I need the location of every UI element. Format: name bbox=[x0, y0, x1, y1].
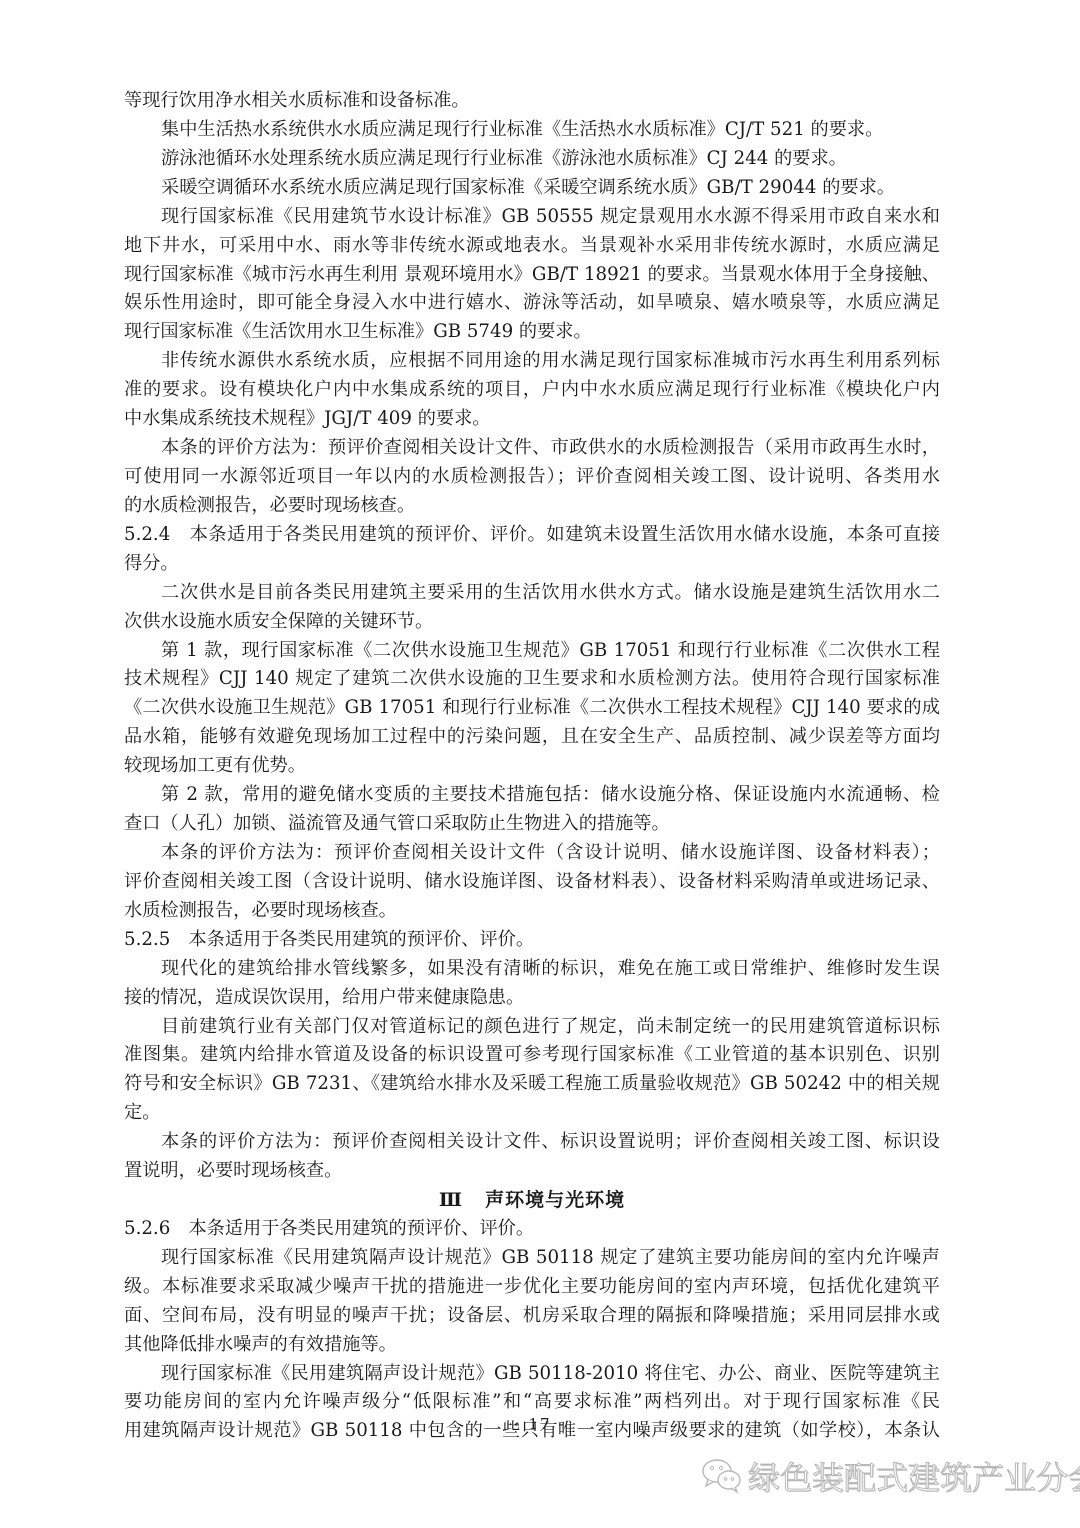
text-line: 级。本标准要求采取减少噪声干扰的措施进一步优化主要功能房间的室内声环境，包括优化… bbox=[124, 1273, 940, 1302]
text-line: 中水集成系统技术规程》JGJ/T 409 的要求。 bbox=[124, 405, 940, 434]
text-line: 第 1 款，现行国家标准《二次供水设施卫生规范》GB 17051 和现行行业标准… bbox=[124, 637, 940, 666]
section-title: 声环境与光环境 bbox=[485, 1189, 625, 1211]
text-line: 现行国家标准《民用建筑节水设计标准》GB 50555 规定景观用水水源不得采用市… bbox=[124, 203, 940, 232]
text-line: 符号和安全标识》GB 7231、《建筑给水排水及采暖工程施工质量验收规范》GB … bbox=[124, 1070, 940, 1099]
clause-line: 5.2.4 本条适用于各类民用建筑的预评价、评价。如建筑未设置生活饮用水储水设施… bbox=[124, 521, 940, 550]
wechat-icon bbox=[700, 1456, 744, 1496]
text-line: 得分。 bbox=[124, 550, 940, 579]
text-line: 准图集。建筑内给排水管道及设备的标识设置可参考现行国家标准《工业管道的基本识别色… bbox=[124, 1041, 940, 1070]
text-line: 地下井水，可采用中水、雨水等非传统水源或地表水。当景观补水采用非传统水源时，水质… bbox=[124, 232, 940, 261]
text-line: 《二次供水设施卫生规范》GB 17051 和现行行业标准《二次供水工程技术规程》… bbox=[124, 694, 940, 723]
text-line: 现行国家标准《城市污水再生利用 景观环境用水》GB/T 18921 的要求。当景… bbox=[124, 261, 940, 290]
text-line: 等现行饮用净水相关水质标准和设备标准。 bbox=[124, 87, 940, 116]
text-line: 现行国家标准《民用建筑隔声设计规范》GB 50118-2010 将住宅、办公、商… bbox=[124, 1360, 940, 1389]
text-line: 二次供水是目前各类民用建筑主要采用的生活饮用水供水方式。储水设施是建筑生活饮用水… bbox=[124, 579, 940, 608]
text-line: 技术规程》CJJ 140 规定了建筑二次供水设施的卫生要求和水质检测方法。使用符… bbox=[124, 665, 940, 694]
text-line: 接的情况，造成误饮误用，给用户带来健康隐患。 bbox=[124, 984, 940, 1013]
text-line: 可使用同一水源邻近项目一年以内的水质检测报告）；评价查阅相关竣工图、设计说明、各… bbox=[124, 463, 940, 492]
text-line: 水质检测报告，必要时现场核查。 bbox=[124, 897, 940, 926]
text-line: 集中生活热水系统供水水质应满足现行行业标准《生活热水水质标准》CJ/T 521 … bbox=[124, 116, 940, 145]
text-line: 采暖空调循环水系统水质应满足现行国家标准《采暖空调系统水质》GB/T 29044… bbox=[124, 174, 940, 203]
clause-line: 5.2.6 本条适用于各类民用建筑的预评价、评价。 bbox=[124, 1215, 940, 1244]
section-numeral: Ⅲ bbox=[439, 1189, 463, 1211]
text-line: 次供水设施水质安全保障的关键环节。 bbox=[124, 608, 940, 637]
text-line: 评价查阅相关竣工图（含设计说明、储水设施详图、设备材料表）、设备材料采购清单或进… bbox=[124, 868, 940, 897]
text-line: 定。 bbox=[124, 1099, 940, 1128]
text-line: 现行国家标准《生活饮用水卫生标准》GB 5749 的要求。 bbox=[124, 318, 940, 347]
text-line: 面、空间布局，没有明显的噪声干扰；设备层、机房采取合理的隔振和降噪措施；采用同层… bbox=[124, 1302, 940, 1331]
text-line: 较现场加工更有优势。 bbox=[124, 752, 940, 781]
text-line: 的水质检测报告，必要时现场核查。 bbox=[124, 492, 940, 521]
text-line: 要功能房间的室内允许噪声级分“低限标准”和“高要求标准”两档列出。对于现行国家标… bbox=[124, 1388, 940, 1417]
text-line: 游泳池循环水处理系统水质应满足现行行业标准《游泳池水质标准》CJ 244 的要求… bbox=[124, 145, 940, 174]
text-line: 本条的评价方法为：预评价查阅相关设计文件、标识设置说明；评价查阅相关竣工图、标识… bbox=[124, 1128, 940, 1157]
watermark-text: 绿色装配式建筑产业分会 bbox=[748, 1453, 1080, 1499]
page-number: - 17 - bbox=[0, 1415, 1080, 1433]
text-line: 现代化的建筑给排水管线繁多，如果没有清晰的标识，难免在施工或日常维护、维修时发生… bbox=[124, 955, 940, 984]
text-line: 本条的评价方法为：预评价查阅相关设计文件、市政供水的水质检测报告（采用市政再生水… bbox=[124, 434, 940, 463]
text-line: 其他降低排水噪声的有效措施等。 bbox=[124, 1331, 940, 1360]
watermark: 绿色装配式建筑产业分会 bbox=[700, 1452, 1080, 1500]
text-line: 准的要求。设有模块化户内中水集成系统的项目，户内中水水质应满足现行行业标准《模块… bbox=[124, 376, 940, 405]
clause-line: 5.2.5 本条适用于各类民用建筑的预评价、评价。 bbox=[124, 926, 940, 955]
text-line: 品水箱，能够有效避免现场加工过程中的污染问题，且在安全生产、品质控制、减少误差等… bbox=[124, 723, 940, 752]
text-line: 第 2 款，常用的避免储水变质的主要技术措施包括：储水设施分格、保证设施内水流通… bbox=[124, 781, 940, 810]
text-line: 非传统水源供水系统水质，应根据不同用途的用水满足现行国家标准城市污水再生利用系列… bbox=[124, 347, 940, 376]
text-line: 现行国家标准《民用建筑隔声设计规范》GB 50118 规定了建筑主要功能房间的室… bbox=[124, 1244, 940, 1273]
document-page: 等现行饮用净水相关水质标准和设备标准。集中生活热水系统供水水质应满足现行行业标准… bbox=[124, 87, 940, 1446]
text-line: 查口（人孔）加锁、溢流管及通气管口采取防止生物进入的措施等。 bbox=[124, 810, 940, 839]
text-line: 置说明，必要时现场核查。 bbox=[124, 1157, 940, 1186]
text-line: 本条的评价方法为：预评价查阅相关设计文件（含设计说明、储水设施详图、设备材料表）… bbox=[124, 839, 940, 868]
text-line: 娱乐性用途时，即可能全身浸入水中进行嬉水、游泳等活动，如旱喷泉、嬉水喷泉等，水质… bbox=[124, 289, 940, 318]
text-line: 目前建筑行业有关部门仅对管道标记的颜色进行了规定，尚未制定统一的民用建筑管道标识… bbox=[124, 1013, 940, 1042]
section-heading: Ⅲ声环境与光环境 bbox=[124, 1186, 940, 1215]
